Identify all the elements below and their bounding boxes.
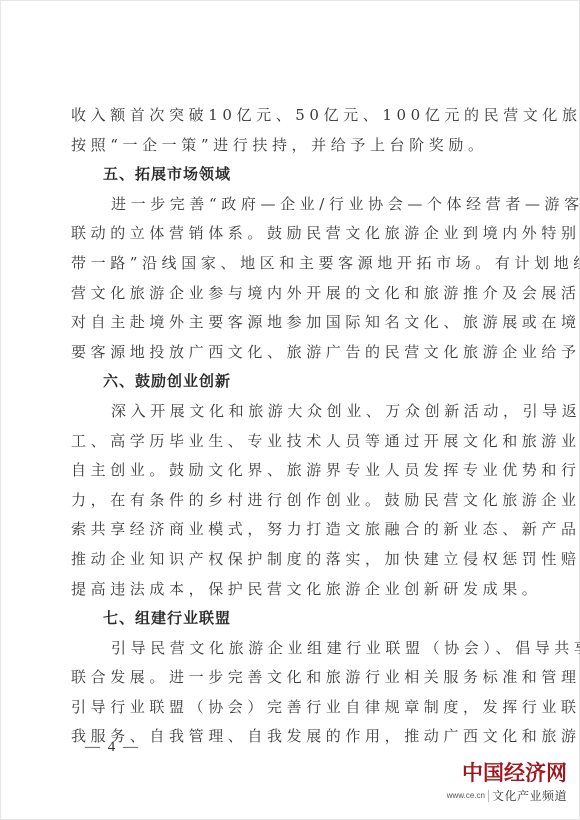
watermark-channel: 文化产业频道 bbox=[492, 787, 567, 804]
paragraph-line: 营文化旅游企业参与境内外开展的文化和旅游推介及会展活动。 bbox=[71, 279, 513, 309]
paragraph-line: 提高违法成本，保护民营文化旅游企业创新研发成果。 bbox=[71, 575, 513, 605]
paragraph-line: 推动企业知识产权保护制度的落实，加快建立侵权惩罚性赔偿制度， bbox=[71, 545, 513, 575]
paragraph-line: 收入额首次突破10亿元、50亿元、100亿元的民营文化旅游企业， bbox=[71, 101, 513, 131]
paragraph-line: 引导行业联盟（协会）完善行业自律规章制度，发挥行业联盟自 bbox=[71, 693, 513, 723]
paragraph-line: 工、高学历毕业生、专业技术人员等通过开展文化和旅游业务实现 bbox=[71, 427, 513, 457]
section-heading: 六、鼓励创业创新 bbox=[71, 367, 519, 397]
watermark-logo: 中国经济网 www.ce.cn 文化产业频道 bbox=[443, 761, 573, 804]
watermark-subtitle: www.ce.cn 文化产业频道 bbox=[443, 787, 573, 804]
paragraph-line: 联动的立体营销体系。鼓励民营文化旅游企业到境内外特别是“一 bbox=[71, 219, 513, 249]
paragraph-line: 带一路”沿线国家、地区和主要客源地开拓市场。有计划地组织民 bbox=[71, 249, 513, 279]
document-page: 收入额首次突破10亿元、50亿元、100亿元的民营文化旅游企业，按照“一企一策”… bbox=[0, 0, 580, 820]
watermark-divider bbox=[488, 790, 489, 802]
paragraph-line: 按照“一企一策”进行扶持，并给予上台阶奖励。 bbox=[71, 131, 513, 161]
document-body: 收入额首次突破10亿元、50亿元、100亿元的民营文化旅游企业，按照“一企一策”… bbox=[71, 101, 519, 752]
paragraph-first-line: 引导民营文化旅游企业组建行业联盟（协会）、倡导共享互助， bbox=[71, 634, 513, 664]
page-number: — 4 — bbox=[85, 739, 140, 756]
watermark-title: 中国经济网 bbox=[443, 761, 573, 785]
watermark-url: www.ce.cn bbox=[447, 791, 485, 800]
section-heading: 五、拓展市场领域 bbox=[71, 160, 519, 190]
paragraph-line: 对自主赴境外主要客源地参加国际知名文化、旅游展或在境外主 bbox=[71, 308, 513, 338]
paragraph-line: 联合发展。进一步完善文化和旅游行业相关服务标准和管理制度， bbox=[71, 663, 513, 693]
paragraph-first-line: 进一步完善“政府—企业/行业协会—个体经营者—游客”四位 bbox=[71, 190, 513, 220]
paragraph-line: 索共享经济商业模式，努力打造文旅融合的新业态、新产品。积极 bbox=[71, 515, 513, 545]
section-heading: 七、组建行业联盟 bbox=[71, 604, 519, 634]
paragraph-line: 力，在有条件的乡村进行创作创业。鼓励民营文化旅游企业积极探 bbox=[71, 486, 513, 516]
paragraph-line: 要客源地投放广西文化、旅游广告的民营文化旅游企业给予奖补。 bbox=[71, 338, 513, 368]
paragraph-line: 自主创业。鼓励文化界、旅游界专业人员发挥专业优势和行业影响 bbox=[71, 456, 513, 486]
paragraph-first-line: 深入开展文化和旅游大众创业、万众创新活动，引导返乡农民 bbox=[71, 397, 513, 427]
